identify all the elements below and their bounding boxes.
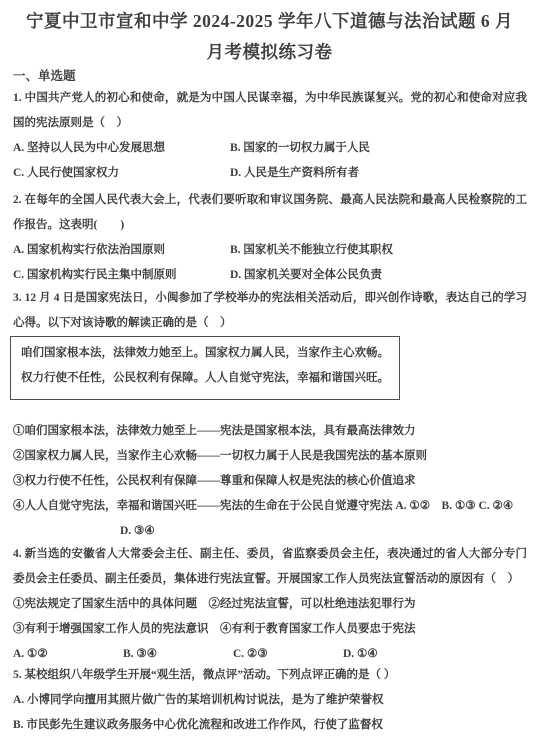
question-5: 5. 某校组织八年级学生开展“观生活，微点评”活动。下列点评正确的是（ ） A.… bbox=[13, 663, 527, 738]
question-4-items-line2: ③有利于增强国家工作人员的宪法意识 ④有利于教育国家工作人员要忠于宪法 bbox=[13, 617, 527, 642]
question-2-option-c: C. 国家机构实行民主集中制原则 bbox=[13, 263, 230, 288]
question-2: 2. 在每年的全国人民代表大会上，代表们要听取和审议国务院、最高人民法院和最高人… bbox=[13, 188, 527, 288]
question-3-option-d: D. ③④ bbox=[120, 519, 527, 544]
question-4-stem: 4. 新当选的安徽省人大常委会主任、副主任、委员，省监察委员会主任，表决通过的省… bbox=[13, 542, 527, 592]
question-3-item-2: ②国家权力属人民，当家作主心欢畅——一切权力属于人民是我国宪法的基本原则 bbox=[13, 444, 527, 469]
question-3: 3. 12 月 4 日是国家宪法日，小闽参加了学校举办的宪法相关活动后，即兴创作… bbox=[13, 286, 527, 336]
page-title: 宁夏中卫市宣和中学 2024-2025 学年八下道德与法治试题 6 月 月考模拟… bbox=[0, 6, 539, 68]
question-1-option-b: B. 国家的一切权力属于人民 bbox=[230, 136, 527, 161]
question-1: 1. 中国共产党人的初心和使命，就是为中国人民谋幸福，为中华民族谋复兴。党的初心… bbox=[13, 86, 527, 186]
question-1-option-d: D. 人民是生产资料所有者 bbox=[230, 161, 527, 186]
poem-box: 咱们国家根本法，法律效力她至上。国家权力属人民，当家作主心欢畅。 权力行使不任性… bbox=[10, 336, 400, 400]
question-4-items-line1: ①宪法规定了国家生活中的具体问题 ②经过宪法宣誓，可以杜绝违法犯罪行为 bbox=[13, 592, 527, 617]
question-2-option-b: B. 国家机关不能独立行使其职权 bbox=[230, 238, 527, 263]
question-3-item-4: ④人人自觉守宪法，幸福和谐国兴旺——宪法的生命在于公民自觉遵守宪法 A. ①② … bbox=[13, 494, 527, 519]
question-2-options-row1: A. 国家机构实行依法治国原则 B. 国家机关不能独立行使其职权 bbox=[13, 238, 527, 263]
question-2-stem: 2. 在每年的全国人民代表大会上，代表们要听取和审议国务院、最高人民法院和最高人… bbox=[13, 188, 527, 238]
question-2-options-row2: C. 国家机构实行民主集中制原则 D. 国家机关要对全体公民负责 bbox=[13, 263, 527, 288]
question-1-options-row1: A. 坚持以人民为中心发展思想 B. 国家的一切权力属于人民 bbox=[13, 136, 527, 161]
exam-page: 宁夏中卫市宣和中学 2024-2025 学年八下道德与法治试题 6 月 月考模拟… bbox=[0, 0, 539, 749]
question-1-options-row2: C. 人民行使国家权力 D. 人民是生产资料所有者 bbox=[13, 161, 527, 186]
question-5-option-b: B. 市民彭先生建议政务服务中心优化流程和改进工作作风，行使了监督权 bbox=[13, 713, 527, 738]
question-1-stem: 1. 中国共产党人的初心和使命，就是为中国人民谋幸福，为中华民族谋复兴。党的初心… bbox=[13, 86, 527, 136]
question-2-option-a: A. 国家机构实行依法治国原则 bbox=[13, 238, 230, 263]
question-3-items: ①咱们国家根本法，法律效力她至上——宪法是国家根本法，具有最高法律效力 ②国家权… bbox=[13, 419, 527, 544]
question-4: 4. 新当选的安徽省人大常委会主任、副主任、委员，省监察委员会主任，表决通过的省… bbox=[13, 542, 527, 667]
question-5-stem: 5. 某校组织八年级学生开展“观生活，微点评”活动。下列点评正确的是（ ） bbox=[13, 663, 527, 688]
poem-line-1: 咱们国家根本法，法律效力她至上。国家权力属人民，当家作主心欢畅。 bbox=[21, 341, 389, 366]
question-1-option-c: C. 人民行使国家权力 bbox=[13, 161, 230, 186]
question-5-option-a: A. 小博同学向擅用其照片做广告的某培训机构讨说法，是为了维护荣誉权 bbox=[13, 688, 527, 713]
question-3-stem: 3. 12 月 4 日是国家宪法日，小闽参加了学校举办的宪法相关活动后，即兴创作… bbox=[13, 286, 527, 336]
question-1-option-a: A. 坚持以人民为中心发展思想 bbox=[13, 136, 230, 161]
question-3-item-3: ③权力行使不任性，公民权利有保障——尊重和保障人权是宪法的核心价值追求 bbox=[13, 469, 527, 494]
page-title-line2: 月考模拟练习卷 bbox=[0, 37, 539, 68]
page-title-line1: 宁夏中卫市宣和中学 2024-2025 学年八下道德与法治试题 6 月 bbox=[0, 6, 539, 37]
question-2-option-d: D. 国家机关要对全体公民负责 bbox=[230, 263, 527, 288]
question-3-item-1: ①咱们国家根本法，法律效力她至上——宪法是国家根本法，具有最高法律效力 bbox=[13, 419, 527, 444]
poem-line-2: 权力行使不任性，公民权利有保障。人人自觉守宪法，幸福和谐国兴旺。 bbox=[21, 366, 389, 391]
